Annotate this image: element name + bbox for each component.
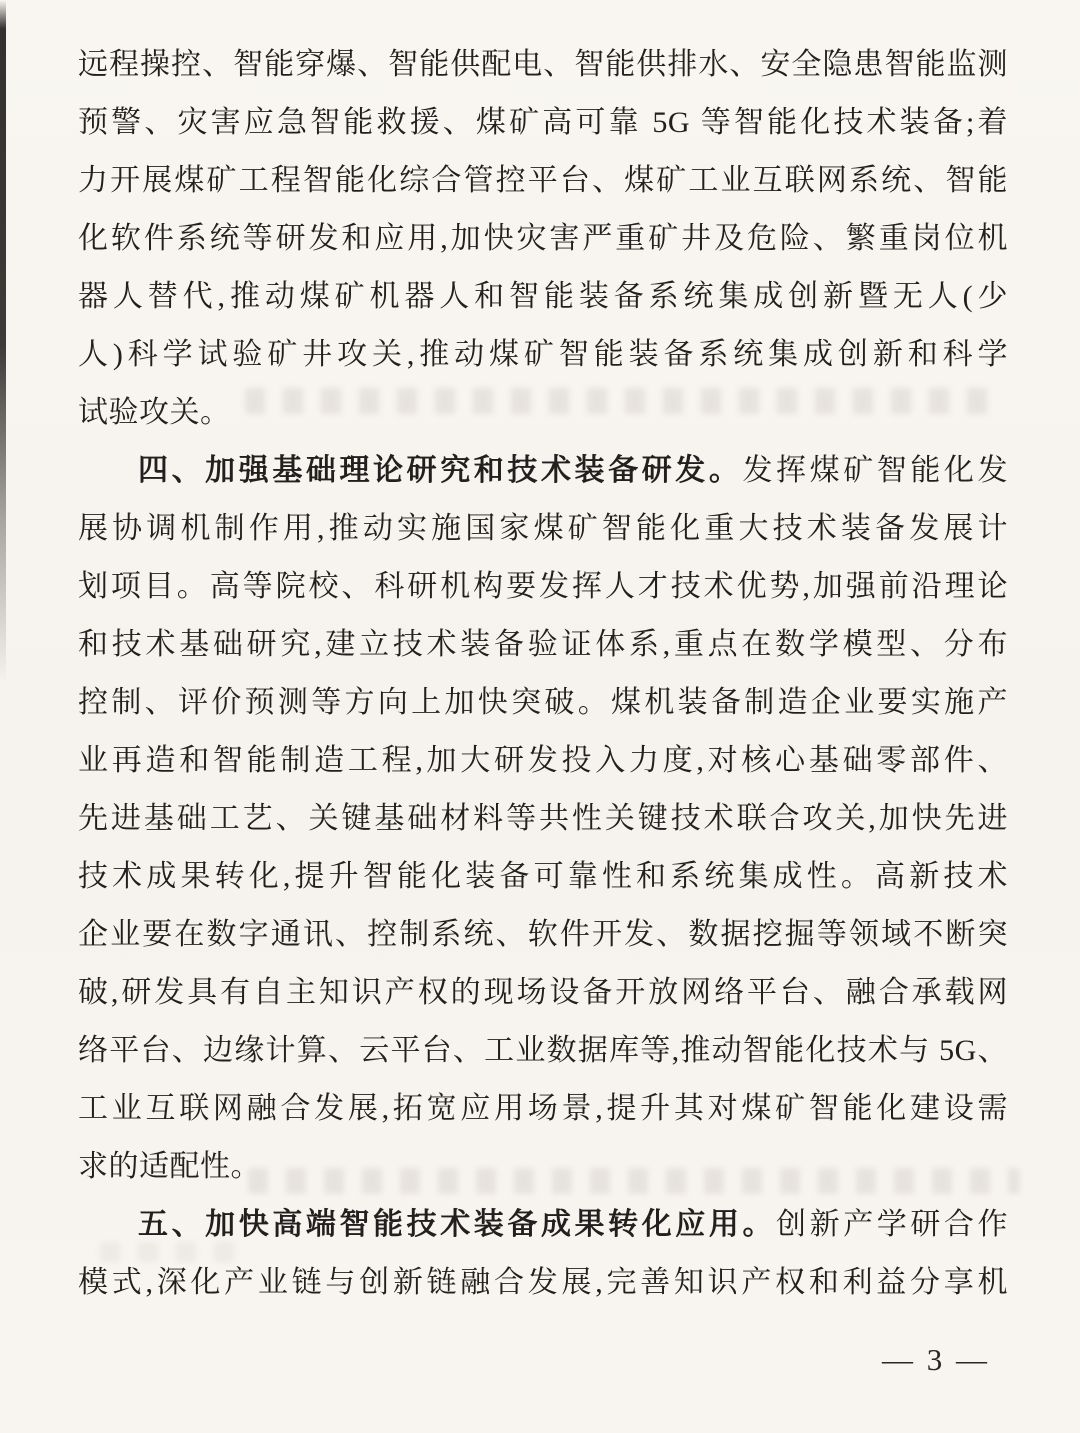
- text-line: 化软件系统等研发和应用,加快灾害严重矿井及危险、繁重岗位机: [78, 210, 1008, 268]
- body-text: 人)科学试验矿井攻关,推动煤矿智能装备系统集成创新和科学: [78, 338, 1008, 371]
- body-text: 络平台、边缘计算、云平台、工业数据库等,推动智能化技术与 5G、: [78, 1034, 1008, 1067]
- text-line: 人)科学试验矿井攻关,推动煤矿智能装备系统集成创新和科学: [78, 326, 1008, 384]
- body-text: 划项目。高等院校、科研机构要发挥人才技术优势,加强前沿理论: [78, 570, 1008, 603]
- text-line: 五、加快高端智能技术装备成果转化应用。创新产学研合作: [78, 1196, 1008, 1254]
- text-line: 展协调机制作用,推动实施国家煤矿智能化重大技术装备发展计: [78, 500, 1008, 558]
- scanned-document-page: 远程操控、智能穿爆、智能供配电、智能供排水、安全隐患智能监测预警、灾害应急智能救…: [0, 0, 1080, 1433]
- text-line: 控制、评价预测等方向上加快突破。煤机装备制造企业要实施产: [78, 674, 1008, 732]
- text-line: 四、加强基础理论研究和技术装备研发。发挥煤矿智能化发: [78, 442, 1008, 500]
- text-line: 力开展煤矿工程智能化综合管控平台、煤矿工业互联网系统、智能: [78, 152, 1008, 210]
- text-line: 求的适配性。: [78, 1138, 1008, 1196]
- text-line: 划项目。高等院校、科研机构要发挥人才技术优势,加强前沿理论: [78, 558, 1008, 616]
- body-text: 工业互联网融合发展,拓宽应用场景,提升其对煤矿智能化建设需: [78, 1092, 1008, 1125]
- body-text: 业再造和智能制造工程,加大研发投入力度,对核心基础零部件、: [78, 744, 1008, 777]
- body-text: 远程操控、智能穿爆、智能供配电、智能供排水、安全隐患智能监测: [78, 48, 1008, 81]
- body-text: 展协调机制作用,推动实施国家煤矿智能化重大技术装备发展计: [78, 512, 1008, 545]
- body-text: 力开展煤矿工程智能化综合管控平台、煤矿工业互联网系统、智能: [78, 164, 1008, 197]
- body-text: 企业要在数字通讯、控制系统、软件开发、数据挖掘等领域不断突: [78, 918, 1008, 951]
- text-line: 业再造和智能制造工程,加大研发投入力度,对核心基础零部件、: [78, 732, 1008, 790]
- body-text: 求的适配性。: [78, 1150, 261, 1183]
- text-line: 预警、灾害应急智能救援、煤矿高可靠 5G 等智能化技术装备;着: [78, 94, 1008, 152]
- scan-edge-artifact: [0, 0, 6, 720]
- text-line: 试验攻关。: [78, 384, 1008, 442]
- text-line: 络平台、边缘计算、云平台、工业数据库等,推动智能化技术与 5G、: [78, 1022, 1008, 1080]
- body-text: 技术成果转化,提升智能化装备可靠性和系统集成性。高新技术: [78, 860, 1008, 893]
- body-text: 和技术基础研究,建立技术装备验证体系,重点在数学模型、分布: [78, 628, 1008, 661]
- document-text-block: 远程操控、智能穿爆、智能供配电、智能供排水、安全隐患智能监测预警、灾害应急智能救…: [78, 36, 1008, 1312]
- body-text: 先进基础工艺、关键基础材料等共性关键技术联合攻关,加快先进: [78, 802, 1008, 835]
- text-line: 技术成果转化,提升智能化装备可靠性和系统集成性。高新技术: [78, 848, 1008, 906]
- text-line: 器人替代,推动煤矿机器人和智能装备系统集成创新暨无人(少: [78, 268, 1008, 326]
- body-text: 破,研发具有自主知识产权的现场设备开放网络平台、融合承载网: [78, 976, 1008, 1009]
- body-text: 预警、灾害应急智能救援、煤矿高可靠 5G 等智能化技术装备;着: [78, 106, 1008, 139]
- body-text: 发挥煤矿智能化发: [742, 454, 1008, 487]
- body-text: 创新产学研合作: [776, 1208, 1008, 1241]
- section-heading-text: 五、加快高端智能技术装备成果转化应用。: [138, 1208, 776, 1241]
- text-line: 破,研发具有自主知识产权的现场设备开放网络平台、融合承载网: [78, 964, 1008, 1022]
- body-text: 控制、评价预测等方向上加快突破。煤机装备制造企业要实施产: [78, 686, 1008, 719]
- text-line: 模式,深化产业链与创新链融合发展,完善知识产权和利益分享机: [78, 1254, 1008, 1312]
- text-line: 企业要在数字通讯、控制系统、软件开发、数据挖掘等领域不断突: [78, 906, 1008, 964]
- body-text: 模式,深化产业链与创新链融合发展,完善知识产权和利益分享机: [78, 1266, 1008, 1299]
- body-text: 化软件系统等研发和应用,加快灾害严重矿井及危险、繁重岗位机: [78, 222, 1008, 255]
- text-line: 工业互联网融合发展,拓宽应用场景,提升其对煤矿智能化建设需: [78, 1080, 1008, 1138]
- body-text: 试验攻关。: [78, 396, 231, 429]
- section-heading-text: 四、加强基础理论研究和技术装备研发。: [138, 454, 742, 487]
- page-number: — 3 —: [882, 1340, 990, 1380]
- text-line: 远程操控、智能穿爆、智能供配电、智能供排水、安全隐患智能监测: [78, 36, 1008, 94]
- text-line: 和技术基础研究,建立技术装备验证体系,重点在数学模型、分布: [78, 616, 1008, 674]
- body-text: 器人替代,推动煤矿机器人和智能装备系统集成创新暨无人(少: [78, 280, 1008, 313]
- text-line: 先进基础工艺、关键基础材料等共性关键技术联合攻关,加快先进: [78, 790, 1008, 848]
